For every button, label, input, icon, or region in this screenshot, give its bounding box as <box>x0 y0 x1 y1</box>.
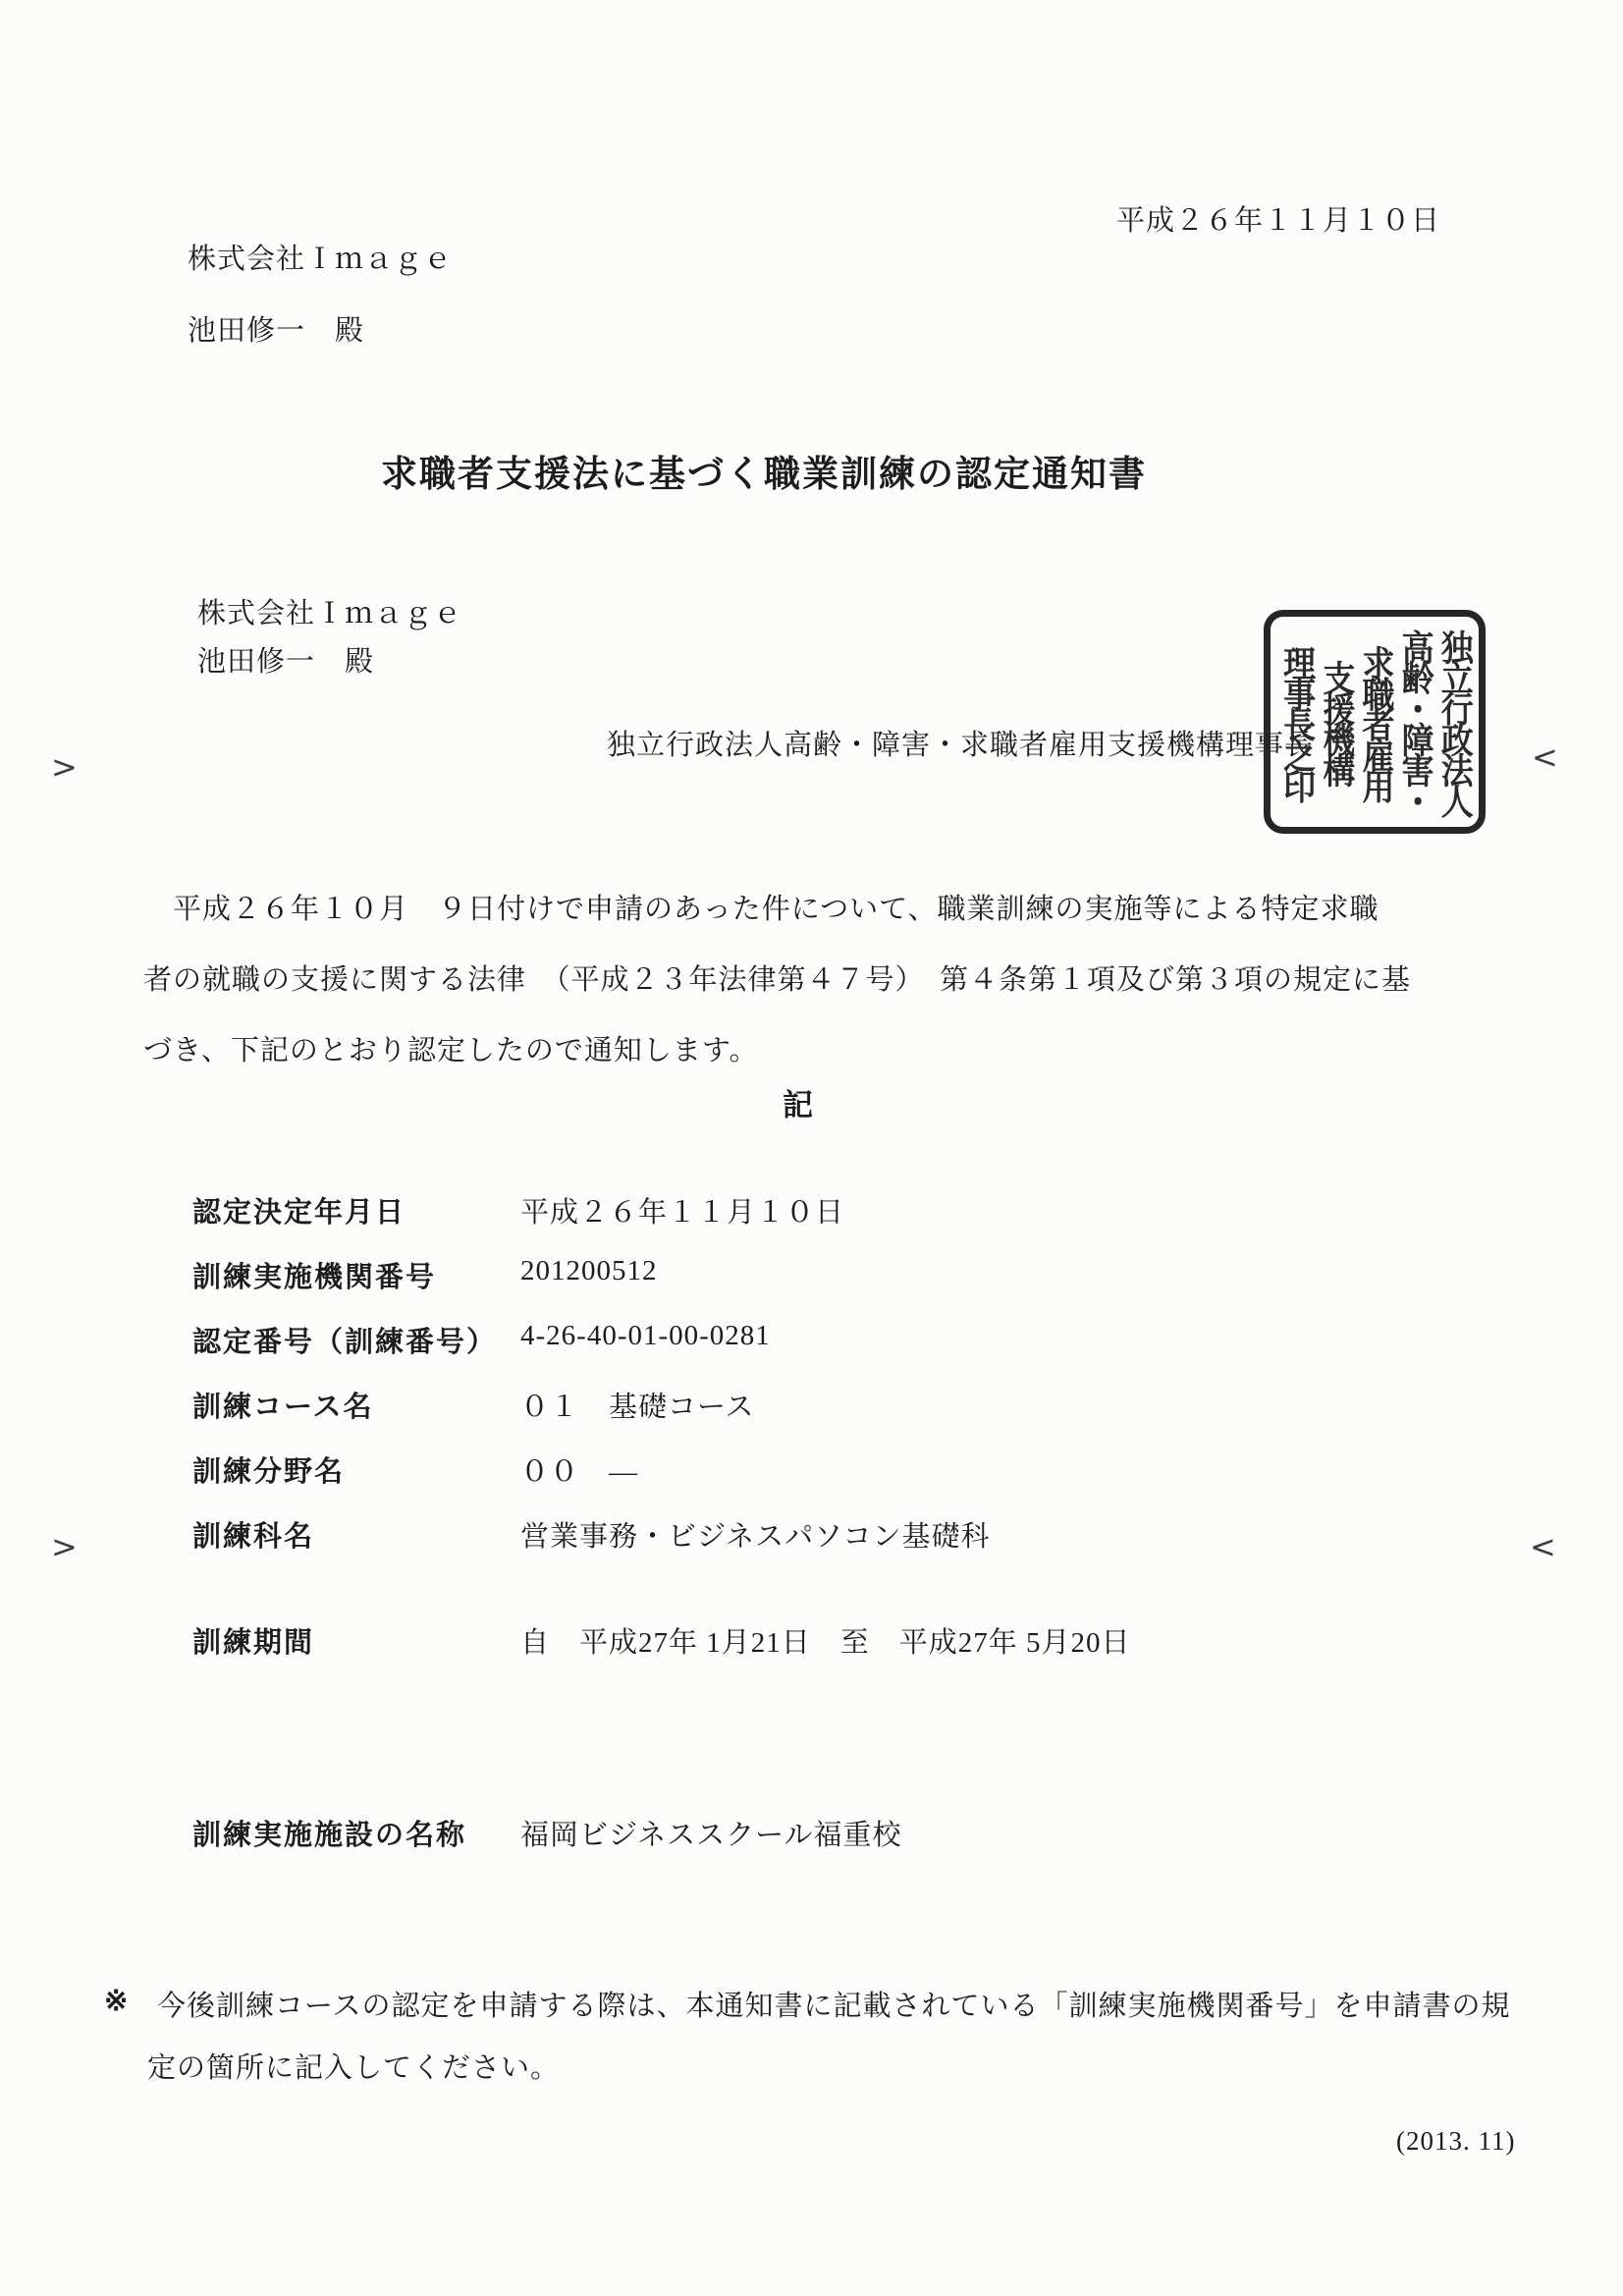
detail-value: 平成２６年１１月１０日 <box>520 1190 844 1230</box>
detail-label: 認定決定年月日 <box>192 1190 406 1230</box>
detail-label: 認定番号（訓練番号） <box>192 1320 497 1360</box>
seal-column: 求職者雇用 <box>1358 645 1390 799</box>
detail-row-course-name: 訓練コース名 ０１ 基礎コース <box>192 1385 1469 1428</box>
chevron-left-mark-right-top: < <box>1532 738 1558 776</box>
chevron-left-mark-right-bottom: < <box>1530 1528 1556 1565</box>
sender-company: 株式会社Ｉｍａｇｅ <box>188 237 453 277</box>
official-seal-stamp: 独立行政法人 高齢・障害・ 求職者雇用 支援機構 理事長之印 <box>1264 610 1486 834</box>
detail-row-approval-number: 認定番号（訓練番号） 4-26-40-01-00-0281 <box>192 1320 1469 1363</box>
detail-value: 201200512 <box>520 1255 658 1287</box>
detail-label: 訓練コース名 <box>192 1385 374 1425</box>
detail-value: ０１ 基礎コース <box>520 1385 755 1425</box>
seal-column: 独立行政法人 <box>1437 629 1470 814</box>
seal-column: 理事長之印 <box>1279 645 1312 799</box>
body-line-2: 者の就職の支援に関する法律 （平成２３年法律第４７号） 第４条第１項及び第３項の… <box>143 957 1411 998</box>
detail-value: 自 平成27年 1月21日 至 平成27年 5月20日 <box>520 1620 1131 1661</box>
body-line-1: 平成２６年１０月 ９日付けで申請のあった件について、職業訓練の実施等による特定求… <box>143 887 1380 927</box>
detail-label: 訓練実施機関番号 <box>192 1255 436 1295</box>
detail-value: 4-26-40-01-00-0281 <box>520 1320 771 1352</box>
scanned-document-page: 平成２６年１１月１０日 株式会社Ｉｍａｇｅ 池田修一 殿 求職者支援法に基づく職… <box>0 0 1623 2296</box>
chevron-right-mark-left-bottom: > <box>51 1528 78 1565</box>
detail-label: 訓練分野名 <box>192 1449 345 1490</box>
seal-column: 高齢・障害・ <box>1398 629 1431 814</box>
detail-label: 訓練実施施設の名称 <box>192 1813 466 1853</box>
addressee-name: 池田修一 殿 <box>197 639 374 680</box>
detail-row-subject-name: 訓練科名 営業事務・ビジネスパソコン基礎科 <box>192 1514 1469 1558</box>
form-code: (2013. 11) <box>1396 2126 1515 2157</box>
body-line-3: づき、下記のとおり認定したので通知します。 <box>143 1028 759 1068</box>
footnote-line-1: 今後訓練コースの認定を申請する際は、本通知書に記載されている「訓練実施機関番号」… <box>157 1984 1511 2024</box>
document-title: 求職者支援法に基づく職業訓練の認定通知書 <box>381 444 1147 497</box>
detail-value: 営業事務・ビジネスパソコン基礎科 <box>520 1514 991 1555</box>
detail-row-approval-date: 認定決定年月日 平成２６年１１月１０日 <box>192 1190 1469 1233</box>
addressee-company: 株式会社Ｉｍａｇｅ <box>197 591 462 631</box>
detail-value: 福岡ビジネススクール福重校 <box>520 1813 902 1853</box>
seal-column: 支援機構 <box>1319 660 1351 783</box>
footnote-marker: ※ <box>104 1984 129 2018</box>
sender-name: 池田修一 殿 <box>188 308 364 349</box>
issuer-line: 独立行政法人高齢・障害・求職者雇用支援機構理事長 <box>607 723 1314 763</box>
ki-heading: 記 <box>783 1080 813 1124</box>
footnote-line-2: 定の箇所に記入してください。 <box>147 2046 560 2086</box>
detail-label: 訓練科名 <box>192 1514 314 1555</box>
detail-row-training-period: 訓練期間 自 平成27年 1月21日 至 平成27年 5月20日 <box>192 1620 1469 1664</box>
detail-row-field-name: 訓練分野名 ００ ― <box>192 1449 1469 1493</box>
chevron-right-mark-left-top: > <box>51 748 78 786</box>
detail-row-institution-number: 訓練実施機関番号 201200512 <box>192 1255 1469 1298</box>
detail-row-facility-name: 訓練実施施設の名称 福岡ビジネススクール福重校 <box>192 1813 1469 1856</box>
detail-value: ００ ― <box>520 1449 638 1490</box>
detail-label: 訓練期間 <box>192 1620 314 1661</box>
issue-date: 平成２６年１１月１０日 <box>1116 198 1440 239</box>
